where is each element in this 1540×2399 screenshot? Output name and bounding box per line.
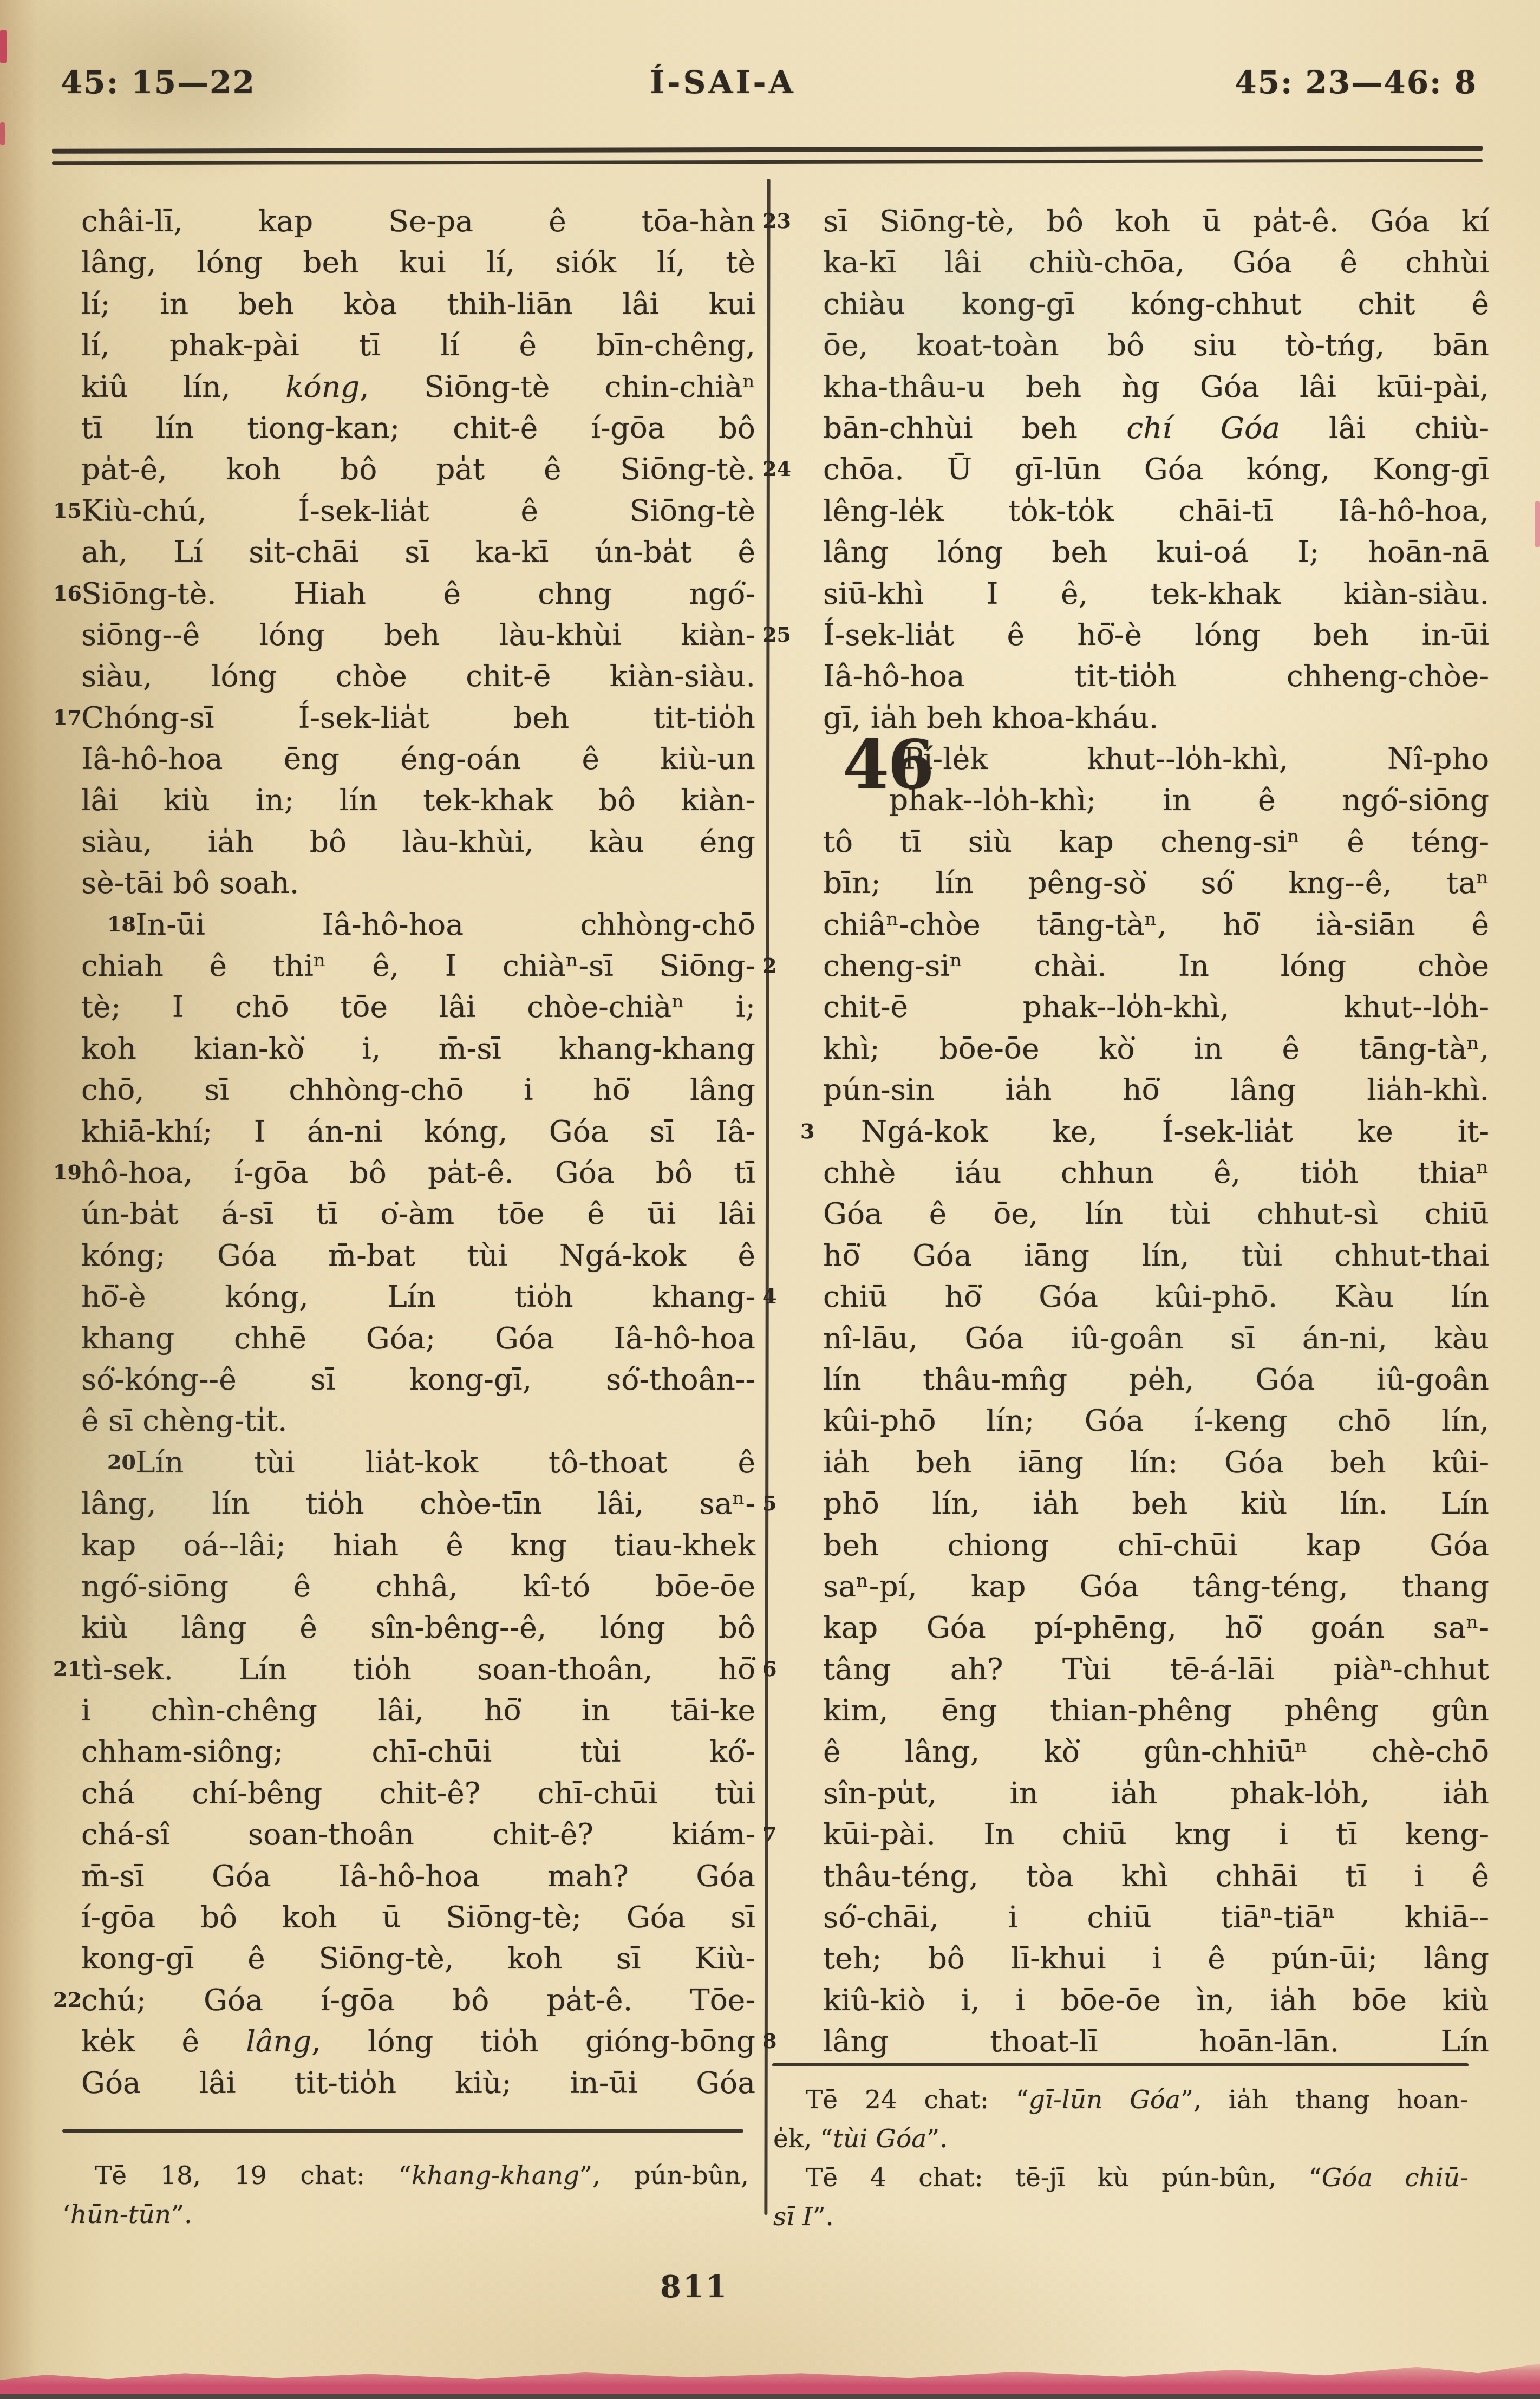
- line-text: chiàu kong-gī kóng-chhut chit ê: [823, 286, 1489, 321]
- verse-number: 18: [53, 905, 87, 944]
- text-line: chá chí-bêng chit-ê? chī-chūi tùi: [81, 1772, 755, 1814]
- text-line: pa̍t-ê, koh bô pa̍t ê Siōng-tè.: [81, 448, 755, 490]
- text-line: 46 Pí-le̍k khut--lo̍h-khì, Nî-pho: [823, 738, 1489, 779]
- text-line: 5 phō lín, ia̍h beh kiù lín. Lín: [823, 1483, 1489, 1524]
- text-line: só͘-chāi, i chiū tiāⁿ-tiāⁿ khiā--: [823, 1896, 1489, 1938]
- text-line: ōe, koat-toàn bô siu tò-tńg, bān: [823, 324, 1489, 366]
- red-page-edge-dye: [0, 2360, 1540, 2395]
- text-line: sîn-pu̍t, in ia̍h phak-lo̍h, ia̍h: [823, 1772, 1489, 1814]
- line-text: só͘-chāi, i chiū tiāⁿ-tiāⁿ khiā--: [823, 1900, 1489, 1934]
- line-text: ngó͘-siōng ê chhâ, kî-tó bōe-ōe: [81, 1569, 755, 1603]
- verse-number: 20: [53, 1443, 87, 1482]
- text-line: ka-kī lâi chiù-chōa, Góa ê chhùi: [823, 242, 1489, 283]
- text-line: 20 Lín tùi lia̍t-kok tô-thoat ê: [81, 1442, 755, 1483]
- line-text: kap oá--lâi; hiah ê kng tiau-khek: [81, 1528, 755, 1562]
- line-text: ōe, koat-toàn bô siu tò-tńg, bān: [823, 328, 1489, 362]
- text-line: lín thâu-mn̂g pe̍h, Góa iû-goân: [823, 1359, 1489, 1400]
- text-line: kiû-kiò i, i bōe-ōe ìn, ia̍h bōe kiù: [823, 1979, 1489, 2020]
- line-text: ka-kī lâi chiù-chōa, Góa ê chhùi: [823, 245, 1489, 279]
- line-text: chham-siông; chī-chūi tùi kó͘-: [81, 1734, 755, 1769]
- text-line: ngó͘-siōng ê chhâ, kî-tó bōe-ōe: [81, 1566, 755, 1607]
- line-text: hô-hoa, í-gōa bô pa̍t-ê. Góa bô tī: [81, 1155, 755, 1190]
- line-text: i chìn-chêng lâi, hō͘ in tāi-ke: [81, 1693, 755, 1727]
- line-text: phak--lo̍h-khì; in ê ngó͘-siōng: [889, 783, 1489, 817]
- text-line: m̄-sī Góa Iâ-hô-hoa mah? Góa: [81, 1855, 755, 1896]
- line-text: siōng--ê lóng beh làu-khùi kiàn-: [81, 617, 755, 652]
- footnote-text: sī I”.: [773, 2202, 834, 2232]
- line-text: Í-sek-lia̍t ê hō͘-è lóng beh in-ūi: [823, 617, 1489, 652]
- line-text: lí, phak-pài tī lí ê bīn-chêng,: [81, 328, 755, 362]
- text-line: 21 tì-sek. Lín tio̍h soan-thoân, hō͘: [81, 1648, 755, 1690]
- text-line: ia̍h beh iāng lín: Góa beh kûi-: [823, 1442, 1489, 1483]
- line-text: Ngá-kok ke, Í-sek-lia̍t ke it-: [861, 1114, 1489, 1149]
- text-line: kûi-phō lín; Góa í-keng chō lín,: [823, 1400, 1489, 1441]
- text-line: lí, phak-pài tī lí ê bīn-chêng,: [81, 324, 755, 366]
- verse-number: 3: [762, 1112, 793, 1151]
- text-line: 3 Ngá-kok ke, Í-sek-lia̍t ke it-: [823, 1111, 1489, 1152]
- text-line: ê lâng, kò͘ gûn-chhiūⁿ chè-chō: [823, 1731, 1489, 1772]
- line-text: lêng-le̍k to̍k-to̍k chāi-tī Iâ-hô-hoa,: [823, 493, 1489, 528]
- line-text: tì-sek. Lín tio̍h soan-thoân, hō͘: [81, 1652, 755, 1686]
- text-line: í-gōa bô koh ū Siōng-tè; Góa sī: [81, 1896, 755, 1938]
- line-text: ia̍h beh iāng lín: Góa beh kûi-: [823, 1445, 1489, 1479]
- text-line: kim, ēng thian-phêng phêng gûn: [823, 1690, 1489, 1731]
- text-line: i chìn-chêng lâi, hō͘ in tāi-ke: [81, 1690, 755, 1731]
- text-line: tī lín tiong-kan; chit-ê í-gōa bô: [81, 407, 755, 448]
- line-text: chiū hō͘ Góa kûi-phō. Kàu lín: [823, 1279, 1489, 1314]
- text-line: só͘-kóng--ê sī kong-gī, só͘-thoân--: [81, 1359, 755, 1400]
- line-text: châi-lī, kap Se-pa ê tōa-hàn: [81, 204, 755, 238]
- text-line: ke̍k ê lâng, lóng tio̍h gióng-bōng: [81, 2020, 755, 2062]
- text-line: lêng-le̍k to̍k-to̍k chāi-tī Iâ-hô-hoa,: [823, 490, 1489, 531]
- text-line: thâu-téng, tòa khì chhāi tī i ê: [823, 1855, 1489, 1896]
- line-text: In-ūi Iâ-hô-hoa chhòng-chō: [135, 907, 755, 942]
- line-text: pún-sin ia̍h hō͘ lâng lia̍h-khì.: [823, 1072, 1489, 1107]
- header-right-verse-reference: 45: 23—46: 8: [1164, 64, 1477, 101]
- text-line: chá-sî soan-thoân chit-ê? kiám-: [81, 1814, 755, 1855]
- footnote-line: ‘hūn-tūn”.: [62, 2195, 749, 2234]
- text-line: tè; I chō tōe lâi chòe-chiàⁿ i;: [81, 986, 755, 1027]
- text-line: siàu, lóng chòe chit-ē kiàn-siàu.: [81, 655, 755, 696]
- text-line: kap Góa pí-phēng, hō͘ goán saⁿ-: [823, 1607, 1489, 1648]
- line-text: chōa. Ū gī-lūn Góa kóng, Kong-gī: [823, 452, 1489, 486]
- line-text: chá chí-bêng chit-ê? chī-chūi tùi: [81, 1776, 755, 1810]
- verse-number: 8: [762, 2022, 793, 2061]
- text-line: ah, Lí si̍t-chāi sī ka-kī ún-ba̍t ê: [81, 531, 755, 572]
- line-text: í-gōa bô koh ū Siōng-tè; Góa sī: [81, 1900, 755, 1934]
- header-book-title: Í-SAI-A: [571, 64, 875, 101]
- text-line: Iâ-hô-hoa tit-tio̍h chheng-chòe-: [823, 655, 1489, 696]
- text-line: chiah ê thiⁿ ê, I chiàⁿ-sī Siōng-: [81, 945, 755, 986]
- verse-number: 22: [53, 1980, 87, 2019]
- text-line: ê sī chèng-ti̍t.: [81, 1400, 755, 1441]
- line-text: bān-chhùi beh chí Góa lâi chiù-: [823, 410, 1489, 445]
- footnote-block-right: Tē 24 chat: “gī-lūn Góa”, ia̍h thang hoa…: [773, 2081, 1469, 2237]
- text-line: kap oá--lâi; hiah ê kng tiau-khek: [81, 1524, 755, 1566]
- text-line: chhè iáu chhun ê, tio̍h thiaⁿ: [823, 1152, 1489, 1193]
- line-text: Góa lâi tit-tio̍h kiù; in-ūi Góa: [81, 2065, 755, 2100]
- text-line: châi-lī, kap Se-pa ê tōa-hàn: [81, 200, 755, 242]
- verse-number: 25: [762, 615, 793, 654]
- text-line: 4 chiū hō͘ Góa kûi-phō. Kàu lín: [823, 1276, 1489, 1317]
- line-text: tī lín tiong-kan; chit-ê í-gōa bô: [81, 410, 755, 445]
- footnote-line: Tē 4 chat: tē-jī kù pún-bûn, “Góa chiū-: [773, 2159, 1469, 2198]
- line-text: teh; bô lī-khui i ê pún-ūi; lâng: [823, 1941, 1489, 1976]
- text-line: khang chhē Góa; Góa Iâ-hô-hoa: [81, 1318, 755, 1359]
- line-text: sîn-pu̍t, in ia̍h phak-lo̍h, ia̍h: [823, 1776, 1489, 1810]
- text-line: ún-ba̍t á-sī tī o͘-àm tōe ê ūi lâi: [81, 1193, 755, 1234]
- text-line: chham-siông; chī-chūi tùi kó͘-: [81, 1731, 755, 1772]
- line-text: ê sī chèng-ti̍t.: [81, 1403, 288, 1438]
- line-text: lâng thoat-lī hoān-lān. Lín: [823, 2024, 1489, 2058]
- text-line: 2 cheng-siⁿ chài. In lóng chòe: [823, 945, 1489, 986]
- line-text: lín thâu-mn̂g pe̍h, Góa iû-goân: [823, 1362, 1489, 1397]
- text-line: chiâⁿ-chòe tāng-tàⁿ, hō͘ ià-siān ê: [823, 904, 1489, 945]
- left-text-column: châi-lī, kap Se-pa ê tōa-hàn lâng, lóng …: [81, 200, 755, 2103]
- verse-number: 16: [53, 574, 87, 613]
- verse-number: 6: [762, 1650, 793, 1689]
- text-line: 16 Siōng-tè. Hiah ê chng ngó͘-: [81, 573, 755, 614]
- red-edge-speck: [1535, 501, 1540, 547]
- line-text: koh kian-kò͘ i, m̄-sī khang-khang: [81, 1031, 755, 1066]
- line-text: kiû-kiò i, i bōe-ōe ìn, ia̍h bōe kiù: [823, 1983, 1489, 2017]
- text-line: saⁿ-pí, kap Góa tâng-téng, thang: [823, 1566, 1489, 1607]
- verse-number: 5: [762, 1484, 793, 1523]
- footnote-text: Tē 18, 19 chat: “khang-khang”, pún-bûn,: [95, 2161, 749, 2191]
- line-text: kiù lâng ê sîn-bêng--ê, lóng bô: [81, 1610, 755, 1645]
- text-line: bān-chhùi beh chí Góa lâi chiù-: [823, 407, 1489, 448]
- verse-number: 24: [762, 449, 793, 488]
- line-text: ah, Lí si̍t-chāi sī ka-kī ún-ba̍t ê: [81, 534, 755, 569]
- line-text: cheng-siⁿ chài. In lóng chòe: [823, 948, 1489, 983]
- text-line: lâng, lín tio̍h chòe-tīn lâi, saⁿ-: [81, 1483, 755, 1524]
- text-line: 8 lâng thoat-lī hoān-lān. Lín: [823, 2020, 1489, 2062]
- verse-number: 21: [53, 1650, 87, 1689]
- footnote-block-left: Tē 18, 19 chat: “khang-khang”, pún-bûn, …: [62, 2156, 749, 2234]
- line-text: nî-lāu, Góa iû-goân sī án-ni, kàu: [823, 1321, 1489, 1355]
- text-line: 6 tâng ah? Tùi tē-á-lāi piàⁿ-chhut: [823, 1648, 1489, 1690]
- footnote-line: Tē 24 chat: “gī-lūn Góa”, ia̍h thang hoa…: [773, 2081, 1469, 2120]
- text-line: tô tī siù kap cheng-siⁿ ê téng-: [823, 821, 1489, 862]
- line-text: siàu, ia̍h bô làu-khùi, kàu éng: [81, 824, 755, 859]
- line-text: chiah ê thiⁿ ê, I chiàⁿ-sī Siōng-: [81, 948, 755, 983]
- line-text: sī Siōng-tè, bô koh ū pa̍t-ê. Góa kí: [823, 204, 1489, 238]
- verse-number: 7: [762, 1815, 793, 1854]
- line-text: ún-ba̍t á-sī tī o͘-àm tōe ê ūi lâi: [81, 1196, 755, 1231]
- right-text-column: 23 sī Siōng-tè, bô koh ū pa̍t-ê. Góa kí …: [823, 200, 1489, 2062]
- text-line: beh chiong chī-chūi kap Góa: [823, 1524, 1489, 1566]
- text-line: Iâ-hô-hoa ēng éng-oán ê kiù-un: [81, 738, 755, 779]
- line-text: saⁿ-pí, kap Góa tâng-téng, thang: [823, 1569, 1489, 1603]
- line-text: khì; bōe-ōe kò͘ in ê tāng-tàⁿ,: [823, 1031, 1489, 1066]
- line-text: kong-gī ê Siōng-tè, koh sī Kiù-: [81, 1941, 755, 1976]
- header-rule-top: [52, 146, 1483, 154]
- line-text: kûi-phō lín; Góa í-keng chō lín,: [823, 1403, 1489, 1438]
- text-line: Góa ê ōe, lín tùi chhut-sì chiū: [823, 1193, 1489, 1234]
- text-line: kong-gī ê Siōng-tè, koh sī Kiù-: [81, 1938, 755, 1979]
- text-line: 15 Kiù-chú, Í-sek-lia̍t ê Siōng-tè: [81, 490, 755, 531]
- footnote-text: e̍k, “tùi Góa”.: [773, 2124, 948, 2154]
- header-rule-bottom: [52, 159, 1483, 165]
- line-text: kim, ēng thian-phêng phêng gûn: [823, 1693, 1489, 1727]
- text-line: nî-lāu, Góa iû-goân sī án-ni, kàu: [823, 1318, 1489, 1359]
- footnote-line: Tē 18, 19 chat: “khang-khang”, pún-bûn,: [62, 2156, 749, 2195]
- text-line: lâi kiù in; lín tek-khak bô kiàn-: [81, 779, 755, 820]
- line-text: chiâⁿ-chòe tāng-tàⁿ, hō͘ ià-siān ê: [823, 907, 1489, 942]
- line-text: chit-ē phak--lo̍h-khì, khut--lo̍h-: [823, 989, 1489, 1024]
- line-text: kiû lín, kóng, Siōng-tè chin-chiàⁿ: [81, 369, 755, 404]
- verse-number: 4: [762, 1277, 793, 1316]
- text-line: kiù lâng ê sîn-bêng--ê, lóng bô: [81, 1607, 755, 1648]
- line-text: phō lín, ia̍h beh kiù lín. Lín: [823, 1486, 1489, 1521]
- verse-number: 23: [762, 201, 793, 240]
- line-text: lâng, lín tio̍h chòe-tīn lâi, saⁿ-: [81, 1486, 755, 1521]
- footnote-line: sī I”.: [773, 2198, 1469, 2237]
- line-text: tè; I chō tōe lâi chòe-chiàⁿ i;: [81, 989, 755, 1024]
- text-line: chō, sī chhòng-chō i hō͘ lâng: [81, 1069, 755, 1110]
- line-text: Kiù-chú, Í-sek-lia̍t ê Siōng-tè: [81, 493, 755, 528]
- text-line: siōng--ê lóng beh làu-khùi kiàn-: [81, 614, 755, 655]
- line-text: bīn; lín pêng-sò͘ só͘ kng--ê, taⁿ: [823, 865, 1489, 900]
- line-text: só͘-kóng--ê sī kong-gī, só͘-thoân--: [81, 1362, 755, 1397]
- line-text: sè-tāi bô soah.: [81, 865, 299, 900]
- text-line: chit-ē phak--lo̍h-khì, khut--lo̍h-: [823, 986, 1489, 1027]
- line-text: kha-thâu-u beh ǹg Góa lâi kūi-pài,: [823, 369, 1489, 404]
- footnote-rule-left: [62, 2129, 743, 2133]
- text-line: 7 kūi-pài. In chiū kng i tī keng-: [823, 1814, 1489, 1855]
- page-number: 811: [640, 2269, 748, 2305]
- line-text: hō͘ Góa iāng lín, tùi chhut-thai: [823, 1238, 1489, 1273]
- line-text: chō, sī chhòng-chō i hō͘ lâng: [81, 1072, 755, 1107]
- line-text: Lín tùi lia̍t-kok tô-thoat ê: [135, 1445, 755, 1479]
- line-text: tâng ah? Tùi tē-á-lāi piàⁿ-chhut: [823, 1652, 1489, 1686]
- line-text: Góa ê ōe, lín tùi chhut-sì chiū: [823, 1196, 1489, 1231]
- line-text: lâng, lóng beh kui lí, siók lí, tè: [81, 245, 755, 279]
- line-text: chhè iáu chhun ê, tio̍h thiaⁿ: [823, 1155, 1489, 1190]
- line-text: Chóng-sī Í-sek-lia̍t beh tit-tio̍h: [81, 700, 755, 735]
- line-text: ke̍k ê lâng, lóng tio̍h gióng-bōng: [81, 2024, 755, 2058]
- text-line: kha-thâu-u beh ǹg Góa lâi kūi-pài,: [823, 366, 1489, 407]
- red-edge-speck: [0, 30, 7, 63]
- verse-number: 15: [53, 491, 87, 530]
- text-line: kiû lín, kóng, Siōng-tè chin-chiàⁿ: [81, 366, 755, 407]
- header-left-verse-reference: 45: 15—22: [61, 64, 256, 101]
- text-line: phak--lo̍h-khì; in ê ngó͘-siōng: [823, 779, 1489, 820]
- text-line: khì; bōe-ōe kò͘ in ê tāng-tàⁿ,: [823, 1028, 1489, 1069]
- footnote-text: ‘hūn-tūn”.: [62, 2200, 192, 2229]
- footnote-text: Tē 4 chat: tē-jī kù pún-bûn, “Góa chiū-: [806, 2163, 1469, 2193]
- scan-edge-shadow: [0, 2394, 1540, 2399]
- footnote-line: e̍k, “tùi Góa”.: [773, 2120, 1469, 2159]
- text-line: 22 chú; Góa í-gōa bô pa̍t-ê. Tōe-: [81, 1979, 755, 2020]
- line-text: kap Góa pí-phēng, hō͘ goán saⁿ-: [823, 1610, 1489, 1645]
- line-text: chá-sî soan-thoân chit-ê? kiám-: [81, 1817, 755, 1852]
- text-line: 25 Í-sek-lia̍t ê hō͘-è lóng beh in-ūi: [823, 614, 1489, 655]
- text-line: kóng; Góa m̄-bat tùi Ngá-kok ê: [81, 1235, 755, 1276]
- text-line: khiā-khí; I án-ni kóng, Góa sī Iâ-: [81, 1111, 755, 1152]
- text-line: siū-khì I ê, tek-khak kiàn-siàu.: [823, 573, 1489, 614]
- text-line: lâng lóng beh kui-oá I; hoān-nā: [823, 531, 1489, 572]
- text-line: bīn; lín pêng-sò͘ só͘ kng--ê, taⁿ: [823, 862, 1489, 903]
- verse-number: 17: [53, 698, 87, 737]
- line-text: m̄-sī Góa Iâ-hô-hoa mah? Góa: [81, 1859, 755, 1893]
- text-line: hō͘ Góa iāng lín, tùi chhut-thai: [823, 1235, 1489, 1276]
- verse-number: 2: [762, 946, 793, 985]
- text-line: 23 sī Siōng-tè, bô koh ū pa̍t-ê. Góa kí: [823, 200, 1489, 242]
- verse-number: 19: [53, 1153, 87, 1192]
- line-text: Iâ-hô-hoa tit-tio̍h chheng-chòe-: [823, 659, 1489, 693]
- line-text: lâi kiù in; lín tek-khak bô kiàn-: [81, 783, 755, 817]
- text-line: sè-tāi bô soah.: [81, 862, 755, 903]
- text-line: chiàu kong-gī kóng-chhut chit ê: [823, 283, 1489, 324]
- line-text: Siōng-tè. Hiah ê chng ngó͘-: [81, 576, 755, 611]
- text-line: 19 hô-hoa, í-gōa bô pa̍t-ê. Góa bô tī: [81, 1152, 755, 1193]
- scanned-book-page: 45: 15—22 Í-SAI-A 45: 23—46: 8 châi-lī, …: [0, 0, 1540, 2399]
- red-edge-speck: [0, 122, 5, 145]
- text-line: lí; in beh kòa thih-liān lâi kui: [81, 283, 755, 324]
- text-line: teh; bô lī-khui i ê pún-ūi; lâng: [823, 1938, 1489, 1979]
- line-text: kūi-pài. In chiū kng i tī keng-: [823, 1817, 1489, 1852]
- text-line: 17 Chóng-sī Í-sek-lia̍t beh tit-tio̍h: [81, 697, 755, 738]
- text-line: koh kian-kò͘ i, m̄-sī khang-khang: [81, 1028, 755, 1069]
- text-line: 18 In-ūi Iâ-hô-hoa chhòng-chō: [81, 904, 755, 945]
- text-line: pún-sin ia̍h hō͘ lâng lia̍h-khì.: [823, 1069, 1489, 1110]
- line-text: hō͘-è kóng, Lín tio̍h khang-: [81, 1279, 755, 1314]
- line-text: tô tī siù kap cheng-siⁿ ê téng-: [823, 824, 1489, 859]
- line-text: khang chhē Góa; Góa Iâ-hô-hoa: [81, 1321, 755, 1355]
- text-line: lâng, lóng beh kui lí, siók lí, tè: [81, 242, 755, 283]
- line-text: pa̍t-ê, koh bô pa̍t ê Siōng-tè.: [81, 452, 755, 486]
- line-text: khiā-khí; I án-ni kóng, Góa sī Iâ-: [81, 1114, 755, 1149]
- line-text: Iâ-hô-hoa ēng éng-oán ê kiù-un: [81, 741, 755, 776]
- text-line: hō͘-è kóng, Lín tio̍h khang-: [81, 1276, 755, 1317]
- line-text: chú; Góa í-gōa bô pa̍t-ê. Tōe-: [81, 1983, 755, 2017]
- text-line: Góa lâi tit-tio̍h kiù; in-ūi Góa: [81, 2062, 755, 2103]
- footnote-text: Tē 24 chat: “gī-lūn Góa”, ia̍h thang hoa…: [806, 2085, 1469, 2115]
- line-text: siàu, lóng chòe chit-ē kiàn-siàu.: [81, 659, 755, 693]
- line-text: lí; in beh kòa thih-liān lâi kui: [81, 286, 755, 321]
- line-text: ê lâng, kò͘ gûn-chhiūⁿ chè-chō: [823, 1734, 1489, 1769]
- line-text: kóng; Góa m̄-bat tùi Ngá-kok ê: [81, 1238, 755, 1273]
- line-text: Pí-le̍k khut--lo̍h-khì, Nî-pho: [903, 741, 1489, 776]
- footnote-rule-right: [772, 2063, 1469, 2066]
- line-text: siū-khì I ê, tek-khak kiàn-siàu.: [823, 576, 1489, 611]
- line-text: lâng lóng beh kui-oá I; hoān-nā: [823, 534, 1489, 569]
- text-line: siàu, ia̍h bô làu-khùi, kàu éng: [81, 821, 755, 862]
- line-text: thâu-téng, tòa khì chhāi tī i ê: [823, 1859, 1489, 1893]
- line-text: beh chiong chī-chūi kap Góa: [823, 1528, 1489, 1562]
- text-line: 24 chōa. Ū gī-lūn Góa kóng, Kong-gī: [823, 448, 1489, 490]
